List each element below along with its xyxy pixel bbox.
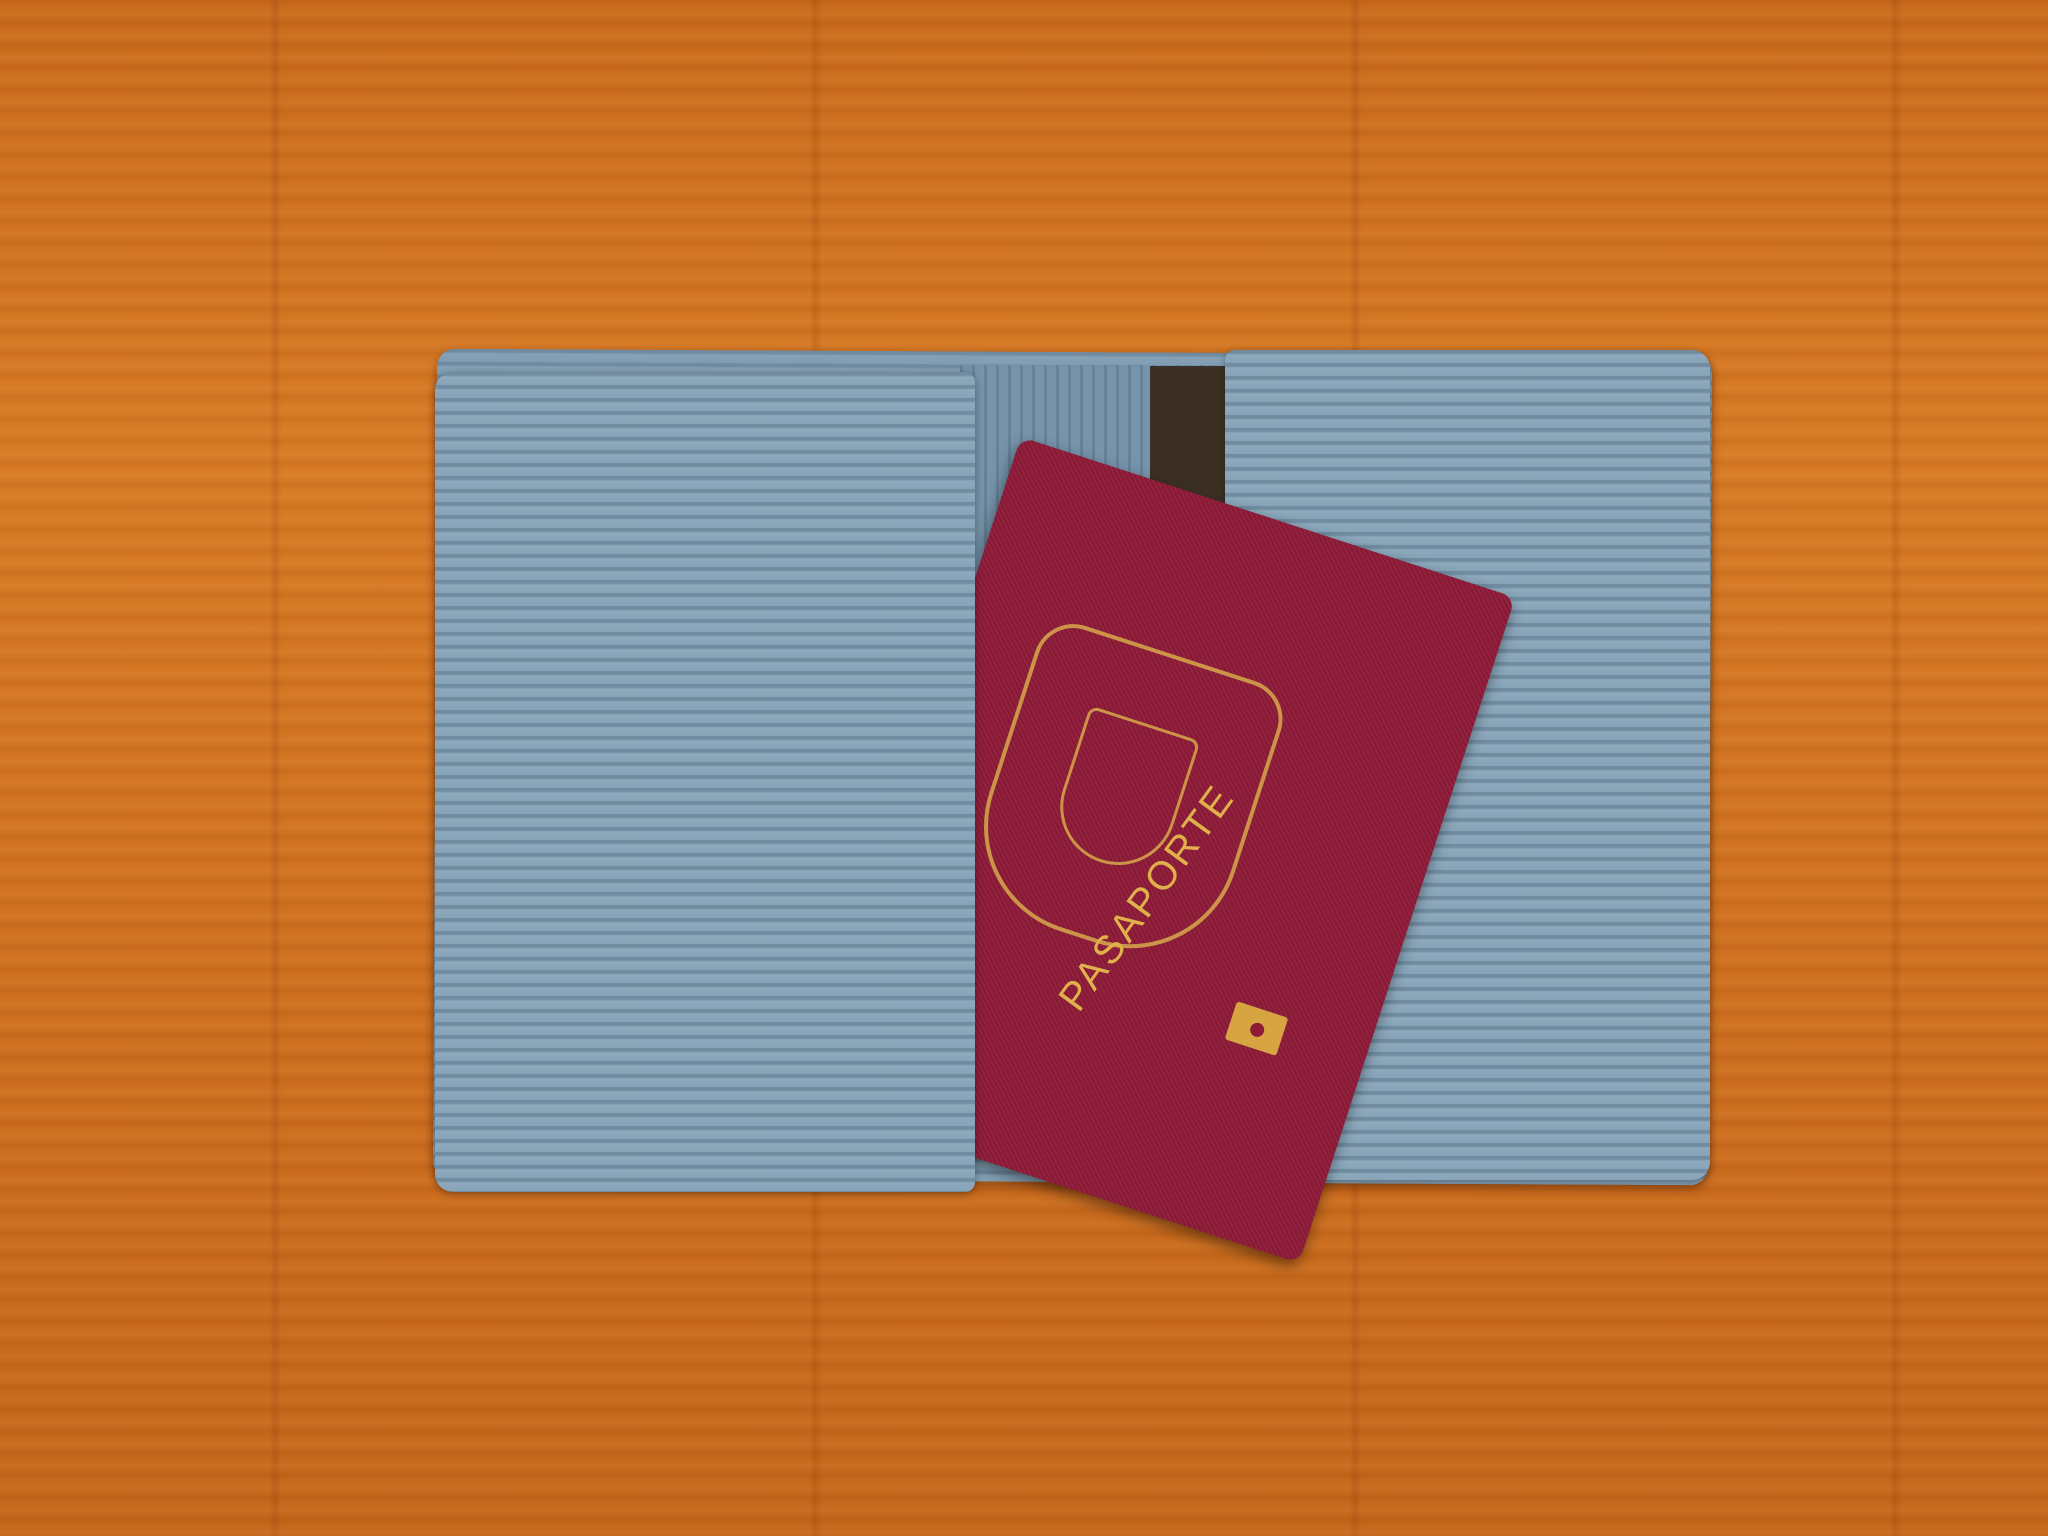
biometric-chip-icon <box>1225 1001 1289 1056</box>
knitted-sleeve-left-flap <box>435 372 975 1192</box>
